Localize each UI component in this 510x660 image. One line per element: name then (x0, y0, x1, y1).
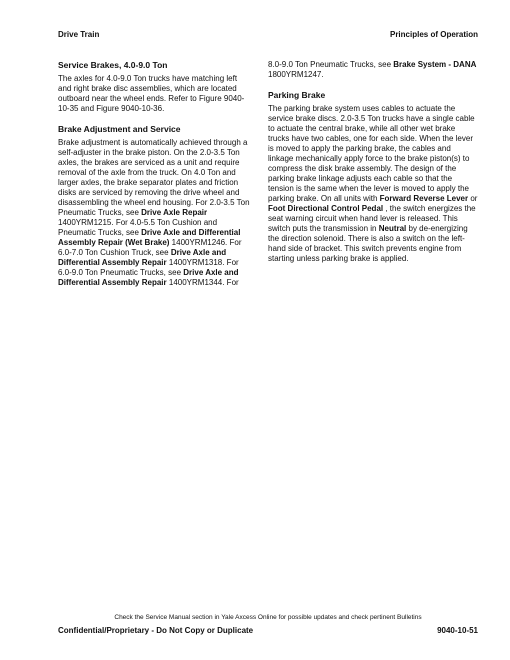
page-footer: Check the Service Manual section in Yale… (58, 614, 478, 636)
header-chapter-title: Principles of Operation (390, 30, 478, 40)
section-heading-brake-adjustment: Brake Adjustment and Service (58, 124, 252, 135)
footer-confidential: Confidential/Proprietary - Do Not Copy o… (58, 626, 253, 636)
footer-notice: Check the Service Manual section in Yale… (58, 614, 478, 622)
paragraph-continuation: 8.0-9.0 Ton Pneumatic Trucks, see Brake … (268, 60, 478, 80)
footer-page-number: 9040-10-51 (437, 626, 478, 636)
section-heading-service-brakes: Service Brakes, 4.0-9.0 Ton (58, 60, 252, 71)
footer-row: Confidential/Proprietary - Do Not Copy o… (58, 626, 478, 636)
section-heading-parking-brake: Parking Brake (268, 90, 478, 101)
paragraph-service-brakes: The axles for 4.0-9.0 Ton trucks have ma… (58, 74, 252, 114)
header-section-title: Drive Train (58, 30, 99, 40)
left-column: Service Brakes, 4.0-9.0 Ton The axles fo… (58, 60, 252, 298)
manual-page: Drive Train Principles of Operation Serv… (0, 0, 510, 660)
page-header: Drive Train Principles of Operation (58, 30, 478, 40)
paragraph-brake-adjustment: Brake adjustment is automatically achiev… (58, 138, 252, 288)
paragraph-parking-brake: The parking brake system uses cables to … (268, 104, 478, 264)
right-column: 8.0-9.0 Ton Pneumatic Trucks, see Brake … (268, 60, 478, 298)
content-columns: Service Brakes, 4.0-9.0 Ton The axles fo… (58, 60, 478, 298)
